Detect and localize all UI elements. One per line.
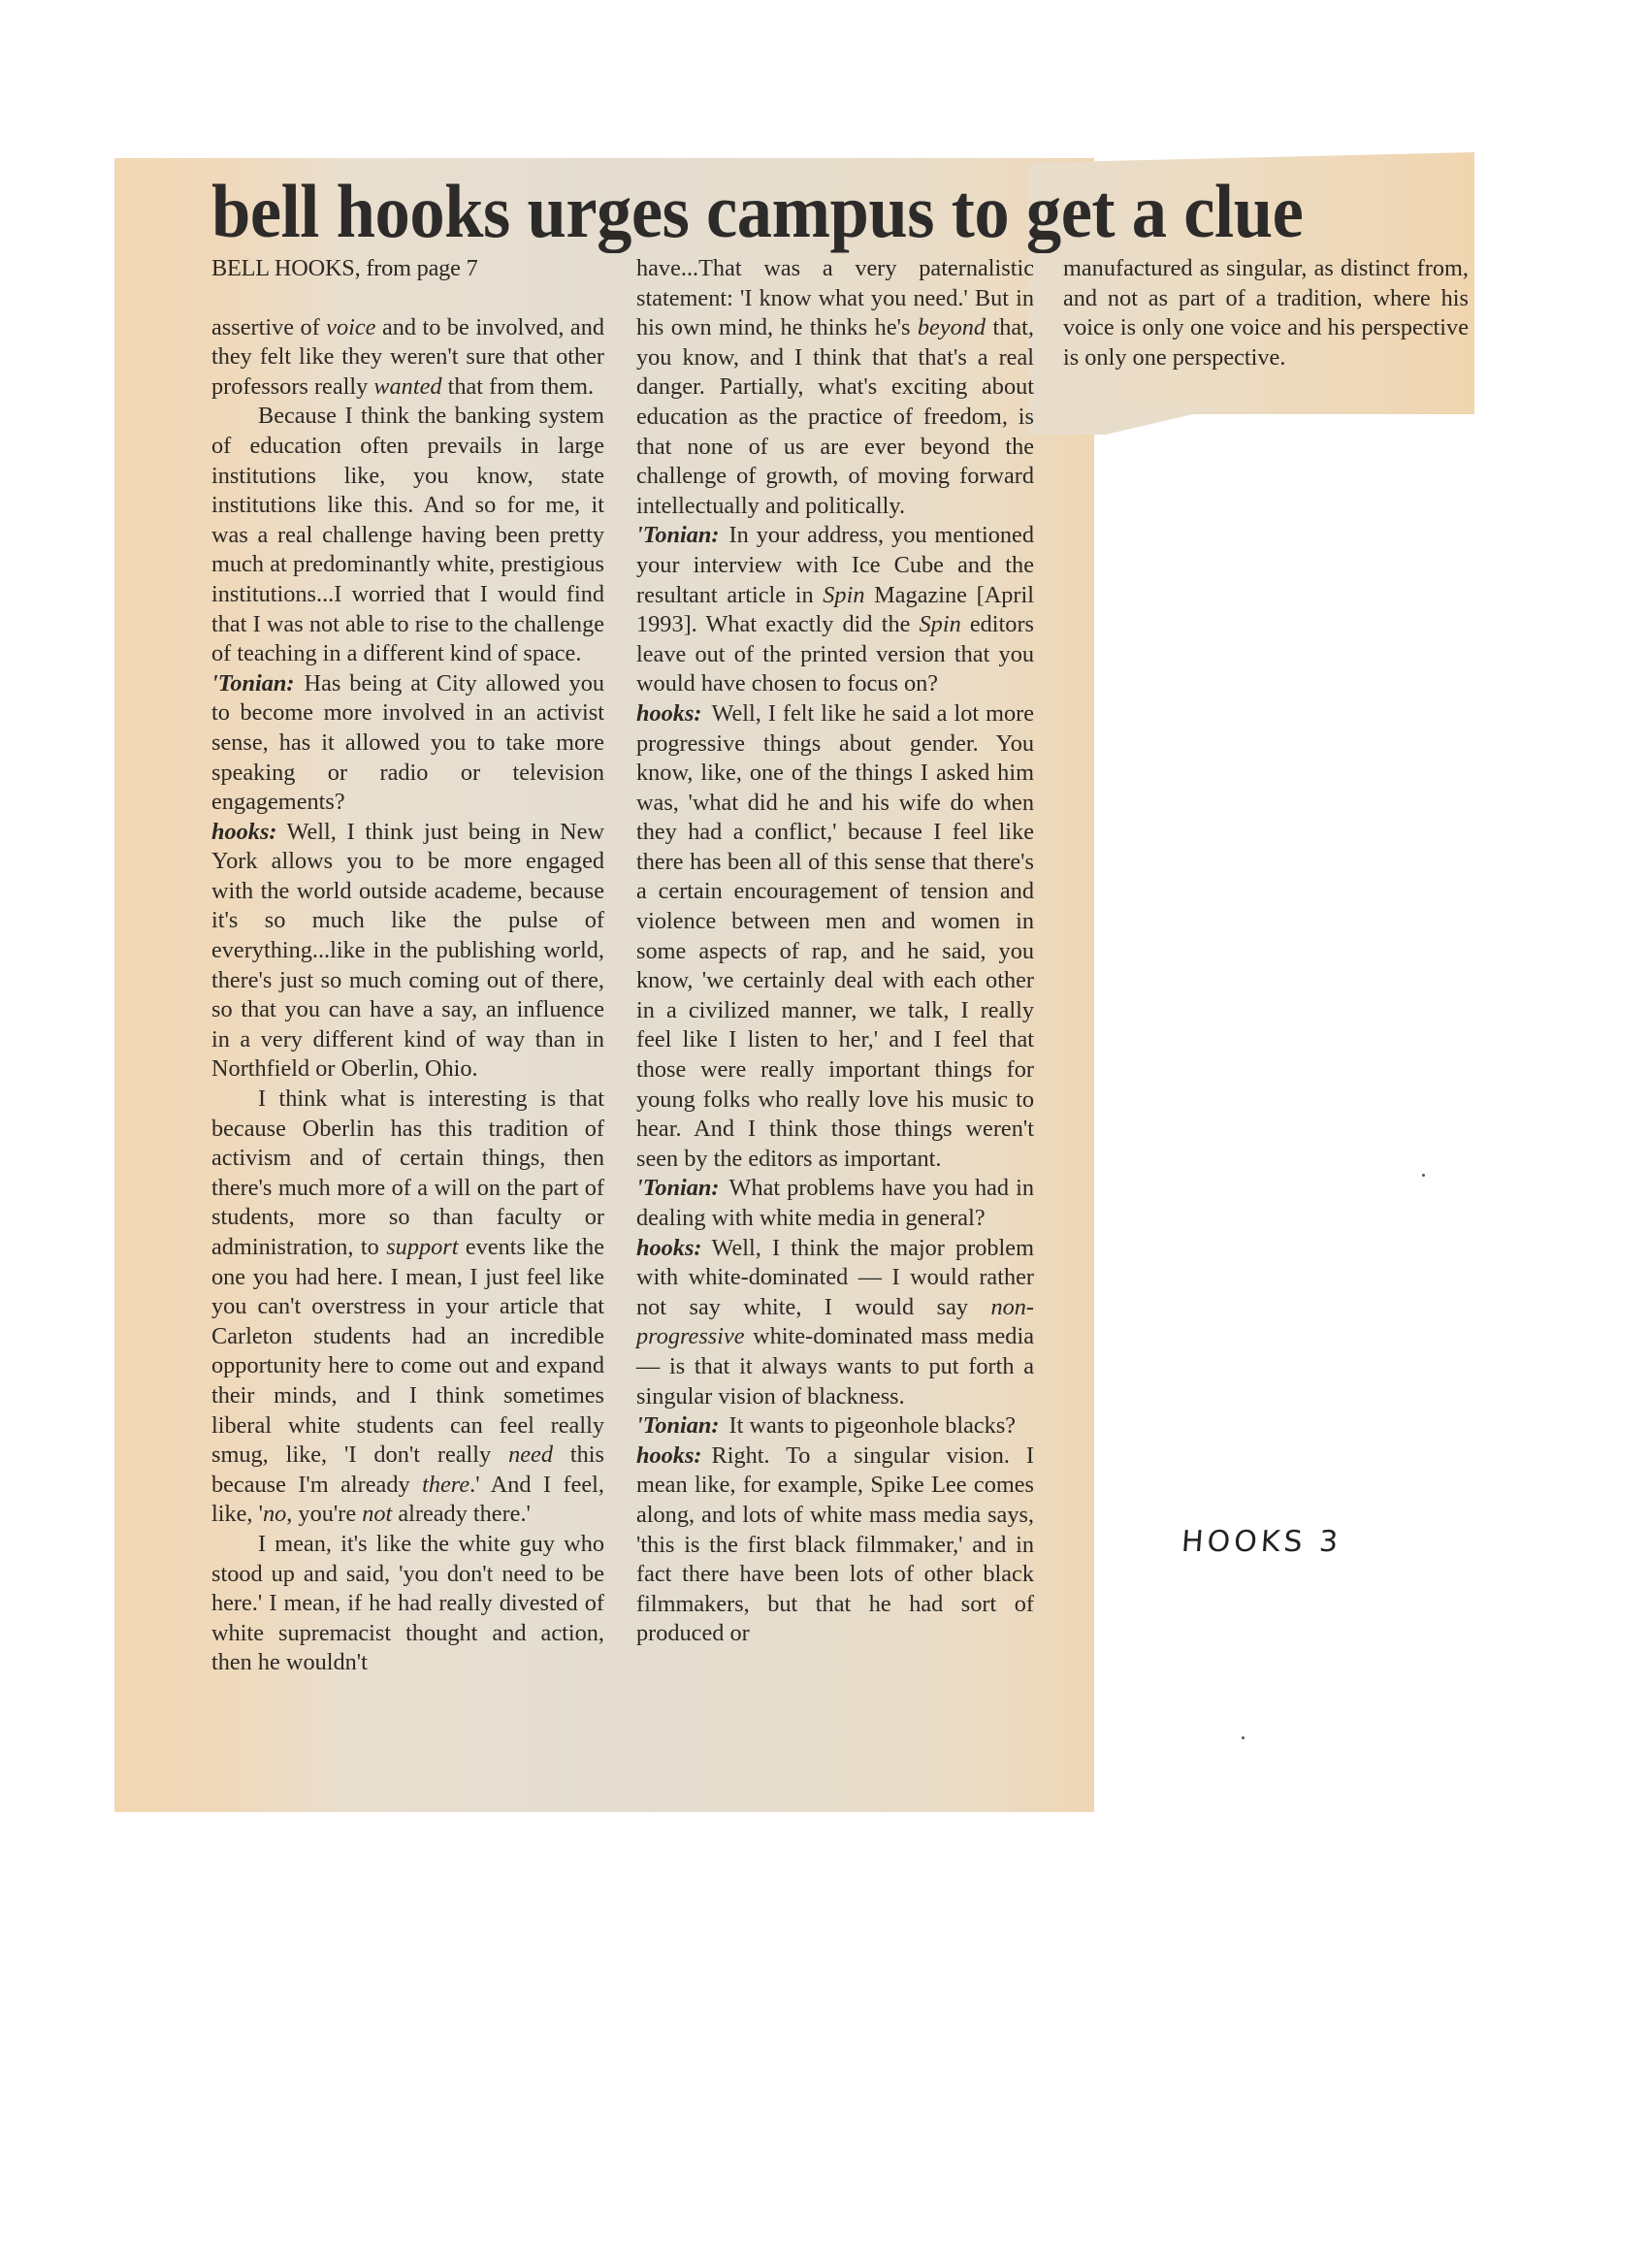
speaker-label-interviewer: 'Tonian: [636, 1412, 720, 1439]
interview-answer: hooks:Right. To a singular vision. I mea… [636, 1442, 1034, 1649]
speaker-label-interviewer: 'Tonian: [636, 522, 720, 548]
emphasis: beyond [918, 314, 986, 340]
interview-question: 'Tonian:It wants to pigeonhole blacks? [636, 1411, 1034, 1442]
article-paragraph: have...That was a very paternalistic sta… [636, 254, 1034, 521]
emphasis: need [508, 1442, 553, 1468]
clipping-torn-edge [1028, 407, 1222, 435]
scan-speck [1242, 1736, 1245, 1739]
article-paragraph: Because I think the banking system of ed… [211, 402, 604, 668]
emphasis: there [422, 1472, 469, 1498]
handwritten-page-note: HOOKS 3 [1180, 1525, 1343, 1559]
scan-speck [1422, 1174, 1425, 1177]
emphasis: Spin [920, 611, 961, 637]
article-column-1: BELL HOOKS, from page 7 assertive of voi… [211, 254, 604, 1678]
article-column-2: have...That was a very paternalistic sta… [636, 254, 1034, 1649]
interview-answer: hooks:Well, I think the major problem wi… [636, 1234, 1034, 1412]
speaker-label-hooks: hooks: [636, 700, 702, 727]
column-3-body: manufactured as singular, as distinct fr… [1063, 254, 1469, 373]
article-headline: bell hooks urges campus to get a clue [211, 163, 1393, 260]
column-1-body: assertive of voice and to be involved, a… [211, 313, 604, 1678]
speaker-label-interviewer: 'Tonian: [636, 1175, 720, 1201]
interview-question: 'Tonian:What problems have you had in de… [636, 1174, 1034, 1233]
interview-question: 'Tonian:In your address, you mentioned y… [636, 521, 1034, 699]
column-2-body: have...That was a very paternalistic sta… [636, 254, 1034, 1649]
emphasis: not [362, 1501, 392, 1527]
speaker-label-hooks: hooks: [636, 1442, 702, 1469]
interview-answer: hooks:Well, I felt like he said a lot mo… [636, 699, 1034, 1175]
article-paragraph: I mean, it's like the white guy who stoo… [211, 1530, 604, 1678]
article-column-3: manufactured as singular, as distinct fr… [1063, 254, 1469, 373]
emphasis: non-progressive [636, 1294, 1034, 1350]
speaker-label-hooks: hooks: [211, 819, 277, 845]
emphasis: Spin [823, 582, 864, 608]
emphasis: wanted [373, 373, 441, 400]
speaker-label-interviewer: 'Tonian: [211, 670, 295, 697]
emphasis: support [386, 1234, 458, 1260]
jump-line: BELL HOOKS, from page 7 [211, 254, 604, 284]
article-paragraph: I think what is interesting is that beca… [211, 1085, 604, 1530]
emphasis: no [263, 1501, 286, 1527]
interview-question: 'Tonian:Has being at City allowed you to… [211, 669, 604, 818]
interview-answer: hooks:Well, I think just being in New Yo… [211, 818, 604, 1085]
article-paragraph: manufactured as singular, as distinct fr… [1063, 254, 1469, 373]
article-paragraph: assertive of voice and to be involved, a… [211, 313, 604, 403]
emphasis: voice [326, 314, 375, 340]
speaker-label-hooks: hooks: [636, 1235, 702, 1261]
